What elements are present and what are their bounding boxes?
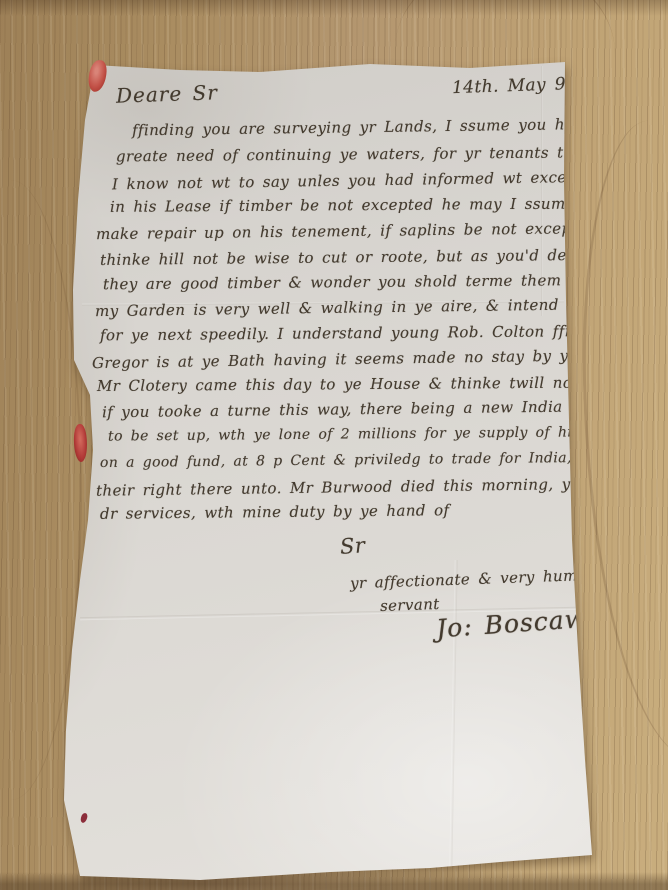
- signature: Jo: Boscawen: [435, 602, 620, 644]
- letter-paper: Deare Sr 14th. May 98 ffinding you are s…: [0, 0, 668, 890]
- letter-line: thinke hill not be wise to cut or roote,…: [100, 245, 664, 269]
- letter-paper-sheet: Deare Sr 14th. May 98 ffinding you are s…: [0, 0, 668, 890]
- letter-line: I know not wt to say unles you had infor…: [112, 167, 664, 194]
- letter-line: they are good timber & wonder you shold …: [103, 271, 626, 294]
- letter-line: on a good fund, at 8 p Cent & priviledg …: [100, 449, 668, 471]
- letter-line: their right there unto. Mr Burwood died …: [96, 474, 636, 500]
- closing-servant: servant: [380, 595, 440, 615]
- letter-line: Gregor is at ye Bath having it seems mad…: [92, 346, 618, 372]
- letter-line: in his Lease if timber be not excepted h…: [110, 194, 632, 216]
- paper-fold-crease: [449, 560, 457, 870]
- letter-line: for ye next speedily. I understand young…: [100, 322, 641, 345]
- letter-line: make repair up on his tenement, if sapli…: [96, 219, 612, 243]
- letter-line: if you tooke a turne this way, there bei…: [102, 397, 642, 422]
- letter-line: my Garden is very well & walking in ye a…: [95, 294, 668, 320]
- letter-date: 14th. May 98: [452, 74, 578, 98]
- letter-line: ffinding you are surveying yr Lands, I s…: [132, 115, 620, 140]
- closing-compliment: yr affectionate & very humble: [350, 566, 603, 593]
- letter-salutation: Deare Sr: [116, 80, 219, 108]
- letter-line: to be set up, wth ye lone of 2 millions …: [108, 423, 668, 444]
- letter-line: dr services, wth mine duty by ye hand of: [100, 501, 450, 523]
- letter-line: Mr Clotery came this day to ye House & t…: [97, 373, 660, 395]
- letter-line: greate need of continuing ye waters, for…: [116, 143, 666, 166]
- closing-address: Sr: [339, 533, 366, 559]
